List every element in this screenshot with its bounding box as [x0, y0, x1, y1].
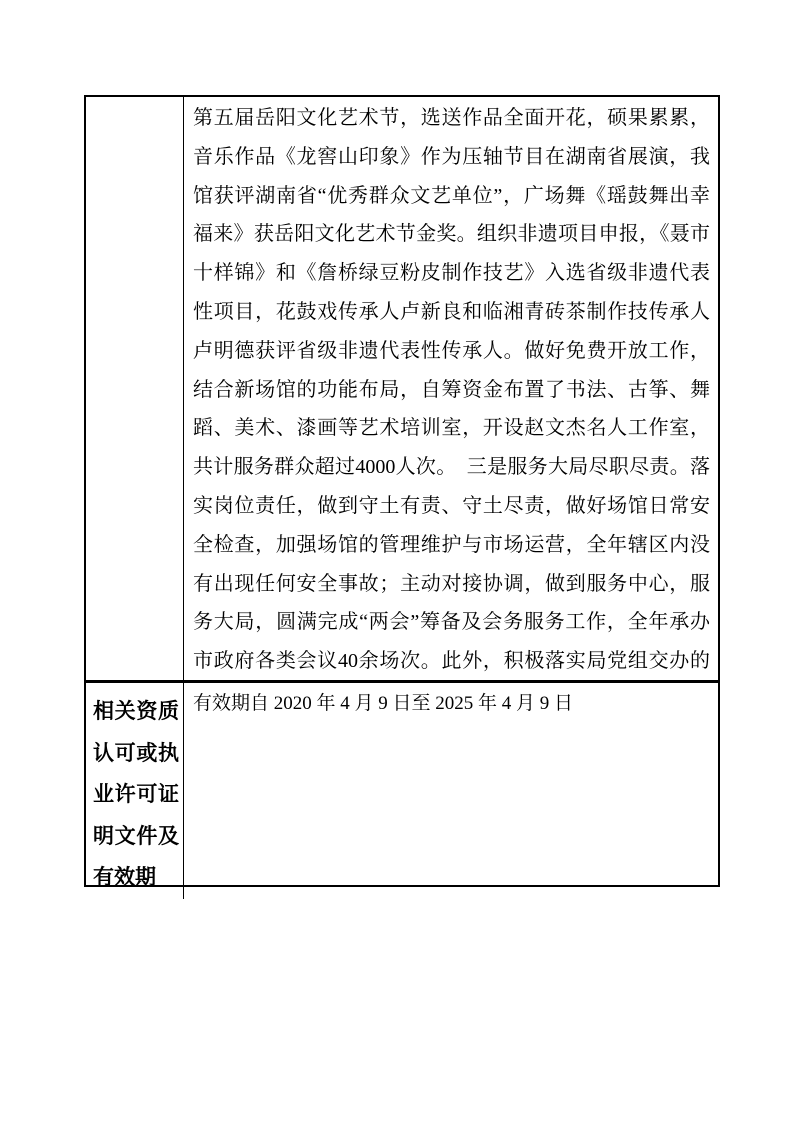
license-validity-value: 有效期自 2020 年 4 月 9 日至 2025 年 4 月 9 日	[184, 683, 718, 899]
achievements-label-cell	[86, 97, 184, 680]
table-row-license-validity: 相关资质认可或执业许可证明文件及有效期 有效期自 2020 年 4 月 9 日至…	[86, 680, 718, 899]
achievements-content-text: 第五届岳阳文化艺术节，选送作品全面开花，硕果累累，音乐作品《龙窖山印象》作为压轴…	[184, 97, 718, 680]
table-row-achievements: 第五届岳阳文化艺术节，选送作品全面开花，硕果累累，音乐作品《龙窖山印象》作为压轴…	[86, 97, 718, 680]
document-page: 第五届岳阳文化艺术节，选送作品全面开花，硕果累累，音乐作品《龙窖山印象》作为压轴…	[0, 0, 794, 1122]
info-table: 第五届岳阳文化艺术节，选送作品全面开花，硕果累累，音乐作品《龙窖山印象》作为压轴…	[84, 95, 720, 887]
license-validity-label: 相关资质认可或执业许可证明文件及有效期	[86, 683, 184, 899]
